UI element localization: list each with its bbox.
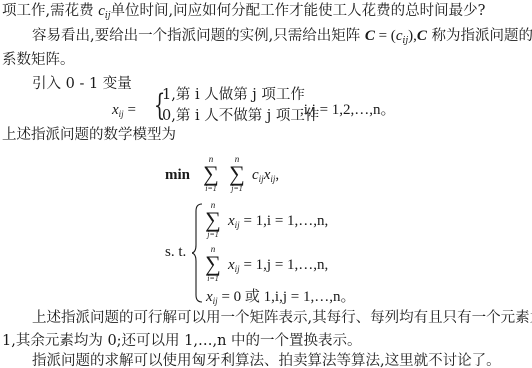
text: 容易看出,要给出一个指派问题的实例,只需给出矩阵	[32, 28, 365, 44]
paragraph-feasible-solution-cont: 1,其余元素均为 0;还可以用 1,…,n 中的一个置换表示。	[2, 332, 362, 350]
math-var-c: c	[98, 3, 105, 19]
definition-range: ,i,j = 1,2,…,n。	[300, 96, 396, 124]
text: ,	[275, 167, 279, 183]
math-matrix-C: C	[365, 28, 375, 44]
constraint-binary: xij = 0 或 1,i,j = 1,…,n。	[206, 288, 355, 310]
text: 1,第 i 人做第 j 项工作	[162, 87, 305, 103]
constraint-column-sum: xij = 1,j = 1,…,n,	[228, 256, 328, 278]
text: 上述指派问题的可行解可以用一个矩阵表示,其每行、每列均有且只有一个元素为	[32, 310, 532, 326]
constraint-row-sum: xij = 1,i = 1,…,n,	[228, 212, 328, 234]
sum-symbol-i: n ∑ i=1	[200, 155, 222, 193]
text: = 1,i = 1,…,n,	[240, 213, 329, 229]
text: 上述指派问题的数学模型为	[2, 127, 176, 143]
paragraph-model-intro: 上述指派问题的数学模型为	[2, 126, 176, 144]
math-paren: ),	[408, 28, 417, 44]
definition-case-1: 1,第 i 人做第 j 项工作	[162, 86, 305, 104]
definition-lhs: xij =	[112, 96, 136, 128]
objective-expression: cijxij,	[252, 166, 279, 188]
paragraph-problem-end: 项工作,需花费 cij单位时间,问应如何分配工作才能使工人花费的总时间最少?	[2, 2, 485, 25]
math-var-x: x	[228, 213, 235, 229]
sigma-icon: ∑	[202, 254, 224, 274]
text: 1,其余元素均为 0;还可以用 1,…,n 中的一个置换表示。	[2, 333, 362, 349]
text: = 0 或 1,i,j = 1,…,n。	[218, 289, 356, 305]
paragraph-variable-intro: 引入 0 - 1 变量	[32, 75, 132, 93]
text: min	[165, 167, 190, 183]
sigma-icon: ∑	[226, 164, 248, 184]
paragraph-feasible-solution: 上述指派问题的可行解可以用一个矩阵表示,其每行、每列均有且只有一个元素为	[32, 309, 532, 327]
subject-to-label: s. t.	[165, 243, 186, 261]
math-equals: =	[124, 102, 136, 118]
definition-case-0: 0,第 i 人不做第 j 项工作	[162, 107, 319, 125]
paragraph-matrix-intro: 容易看出,要给出一个指派问题的实例,只需给出矩阵 C = (cij),C 称为指…	[32, 27, 532, 50]
paragraph-solution-methods: 指派问题的求解可以使用匈牙利算法、拍卖算法等算法,这里就不讨论了。	[32, 352, 501, 368]
sigma-icon: ∑	[200, 164, 222, 184]
math-var-c: c	[252, 167, 259, 183]
text: 单位时间,问应如何分配工作才能使工人花费的总时间最少?	[111, 3, 486, 19]
math-var-x: x	[112, 102, 119, 118]
text: 引入 0 - 1 变量	[32, 76, 132, 92]
paragraph-matrix-intro-cont: 系数矩阵。	[2, 51, 75, 69]
text: 项工作,需花费	[2, 3, 98, 19]
text: s. t.	[165, 244, 186, 260]
sum-symbol-j: n ∑ j=1	[202, 201, 224, 239]
sigma-icon: ∑	[202, 210, 224, 230]
text: = 1,j = 1,…,n,	[240, 257, 329, 273]
sum-symbol-i: n ∑ i=1	[202, 245, 224, 283]
math-equals: = (	[375, 28, 396, 44]
text: 指派问题的求解可以使用匈牙利算法、拍卖算法等算法,这里就不讨论了。	[32, 353, 501, 368]
text: 称为指派问题的	[427, 28, 532, 44]
math-matrix-C: C	[417, 28, 427, 44]
text: ,i,j = 1,2,…,n。	[300, 102, 396, 118]
sum-symbol-j: n ∑ j=1	[226, 155, 248, 193]
text: 0,第 i 人不做第 j 项工作	[162, 108, 319, 124]
math-var-x: x	[228, 257, 235, 273]
objective-min-label: min	[165, 166, 190, 184]
math-var-x: x	[206, 289, 213, 305]
text: 系数矩阵。	[2, 52, 75, 68]
